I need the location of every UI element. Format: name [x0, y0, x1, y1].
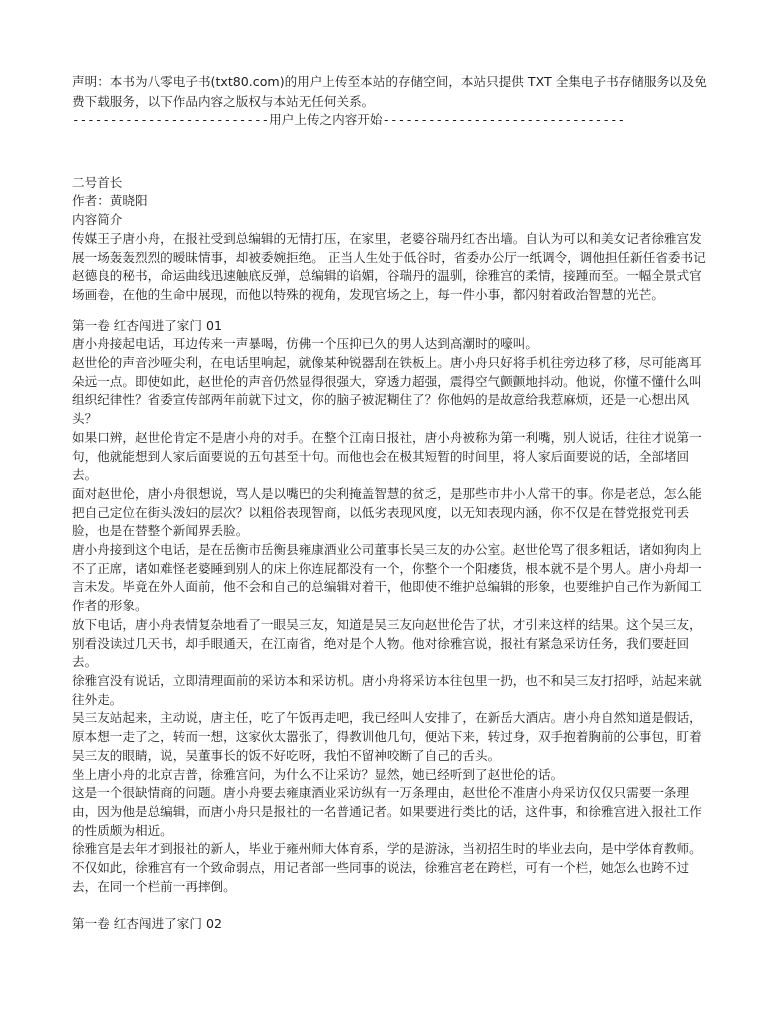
intro-text: 传媒王子唐小舟，在报社受到总编辑的无情打压，在家里，老婆谷瑞丹红杏出墙。自认为可… [72, 230, 712, 305]
book-author: 作者：黄晓阳 [72, 192, 712, 211]
paragraph: 赵世伦的声音沙哑尖利，在电话里响起，就像某种锐器刮在铁板上。唐小舟只好将手机往旁… [72, 354, 712, 429]
copyright-notice: 声明：本书为八零电子书(txt80.com)的用户上传至本站的存储空间，本站只提… [72, 72, 712, 111]
content-start-divider: --------------------------用户上传之内容开始-----… [72, 111, 712, 130]
chapter-heading: 第一卷 红杏闯进了家门 01 [72, 317, 712, 336]
paragraph: 这是一个很缺情商的问题。唐小舟要去雍康酒业采访纵有一万条理由，赵世伦不准唐小舟采… [72, 784, 712, 840]
chapter-02: 第一卷 红杏闯进了家门 02 [72, 915, 712, 934]
chapter-01: 第一卷 红杏闯进了家门 01 唐小舟接起电话，耳边传来一声暴喝，仿佛一个压抑已久… [72, 317, 712, 897]
paragraph: 唐小舟接起电话，耳边传来一声暴喝，仿佛一个压抑已久的男人达到高潮时的嚎叫。 [72, 335, 712, 354]
paragraph: 徐雅宫是去年才到报社的新人，毕业于雍州师大体育系，学的是游泳，当初招生时的毕业去… [72, 840, 712, 896]
paragraph: 徐雅宫没有说话，立即清理面前的采访本和采访机。唐小舟将采访本往包里一扔，也不和吴… [72, 672, 712, 709]
paragraph: 坐上唐小舟的北京吉普，徐雅宫问，为什么不让采访？显然，她已经听到了赵世伦的话。 [72, 766, 712, 785]
chapter-heading: 第一卷 红杏闯进了家门 02 [72, 915, 712, 934]
book-title: 二号首长 [72, 174, 712, 193]
paragraph: 面对赵世伦，唐小舟很想说，骂人是以嘴巴的尖利掩盖智慧的贫乏，是那些市井小人常干的… [72, 485, 712, 541]
paragraph: 如果口辨，赵世伦肯定不是唐小舟的对手。在整个江南日报社，唐小舟被称为第一利嘴，别… [72, 429, 712, 485]
book-info: 二号首长 作者：黄晓阳 内容简介 传媒王子唐小舟，在报社受到总编辑的无情打压，在… [72, 174, 712, 305]
paragraph: 吴三友站起来，主动说，唐主任，吃了午饭再走吧，我已经叫人安排了，在新岳大酒店。唐… [72, 709, 712, 765]
paragraph: 唐小舟接到这个电话，是在岳衡市岳衡县雍康酒业公司董事长吴三友的办公室。赵世伦骂了… [72, 541, 712, 616]
intro-label: 内容简介 [72, 211, 712, 230]
paragraph: 放下电话，唐小舟表情复杂地看了一眼吴三友，知道是吴三友向赵世伦告了状，才引来这样… [72, 616, 712, 672]
document-page: 声明：本书为八零电子书(txt80.com)的用户上传至本站的存储空间，本站只提… [72, 72, 712, 934]
